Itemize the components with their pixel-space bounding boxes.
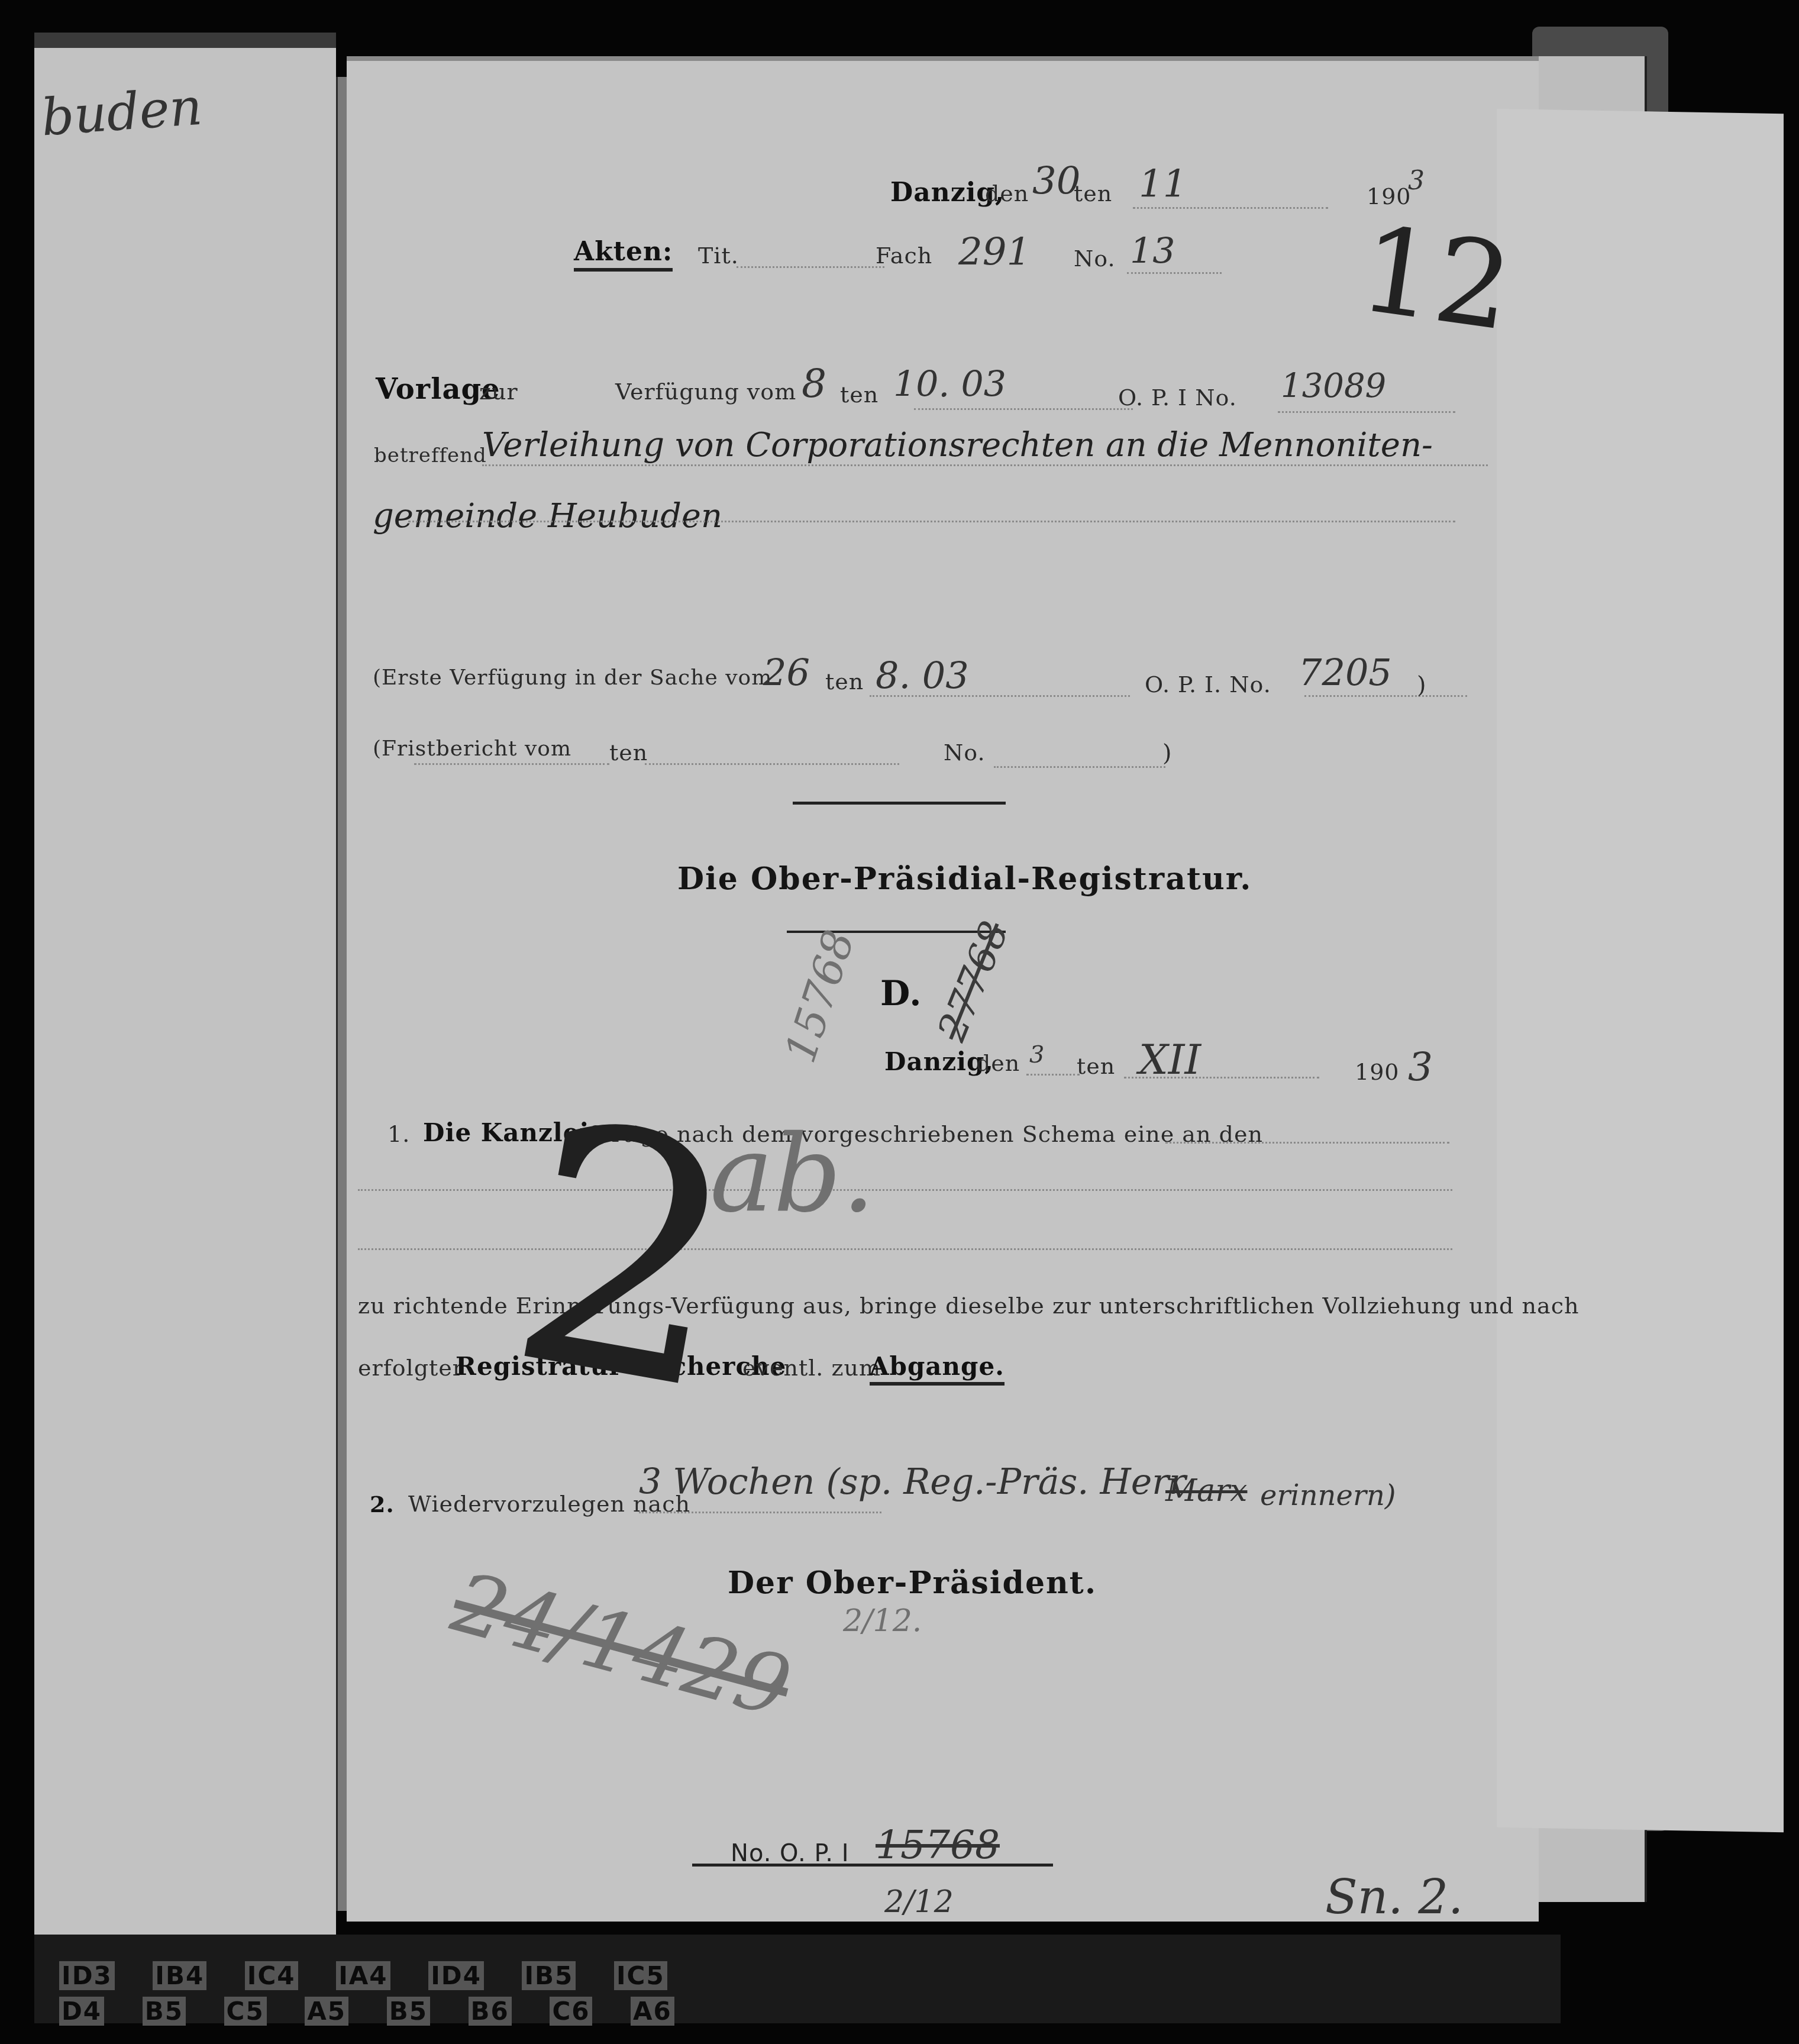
header-ten-label: ten — [1074, 180, 1112, 206]
subject-line-1: Verleihung von Corporationsrechten an di… — [482, 426, 1433, 464]
erste-verfuegung-opi-label: O. P. I. No. — [1145, 671, 1271, 698]
fristbericht-date-dots — [414, 763, 609, 765]
erste-verfuegung-ten: ten — [825, 669, 864, 695]
film-code: IB5 — [522, 1961, 576, 1990]
film-code: IA4 — [336, 1961, 390, 1990]
fristbericht-close: ) — [1162, 740, 1173, 767]
film-code: A5 — [305, 1997, 348, 2026]
fristbericht-no-label: No. — [944, 740, 986, 766]
header-den-label: den — [985, 180, 1029, 206]
film-codes-row-2: D4 B5 C5 A5 B5 B6 C6 A6 — [59, 1994, 703, 2029]
vorlage-day: 8 — [802, 361, 826, 406]
erste-verfuegung-close: ) — [1417, 671, 1427, 699]
instruction-line-3-end: Abgange. — [870, 1352, 1005, 1386]
vorlage-opi-dots — [1278, 411, 1455, 413]
overlapping-slip — [1497, 109, 1784, 1832]
item2-tail: erinnern) — [1260, 1479, 1396, 1512]
akten-fach-label: Fach — [876, 243, 932, 269]
akten-no-value: 13 — [1130, 231, 1175, 272]
film-code: A6 — [631, 1997, 674, 2026]
film-code: IB4 — [153, 1961, 206, 1990]
registratur-day: 3 — [1029, 1041, 1044, 1068]
erste-verfuegung-label: (Erste Verfügung in der Sache vom — [373, 666, 772, 690]
erste-verfuegung-opi-value: 7205 — [1299, 651, 1392, 694]
erste-verfuegung-month-year: 8. 03 — [876, 654, 969, 697]
registratur-year-suffix: 3 — [1408, 1044, 1433, 1090]
registratur-ten: ten — [1077, 1053, 1115, 1079]
film-code: D4 — [59, 1997, 104, 2026]
signature-title: Der Ober-Präsident. — [728, 1565, 1097, 1601]
header-year-suffix: 3 — [1408, 166, 1425, 196]
akten-label: Akten: — [574, 237, 673, 272]
registratur-month-dots — [1124, 1077, 1319, 1078]
instruction-line-3-mid: eventl. zum — [742, 1355, 881, 1381]
vorlage-ten-label: ten — [840, 382, 878, 408]
header-month-dots — [1133, 207, 1328, 209]
instruction-line-3-prefix: erfolgter — [358, 1355, 464, 1381]
betreffend-label: betreffend — [374, 444, 487, 467]
akten-no-dots — [1127, 272, 1222, 274]
footer-date-below: 2/12 — [884, 1884, 954, 1920]
subject-line-2: gemeinde Heubuden — [373, 497, 722, 535]
left-margin-note: buden — [40, 78, 204, 148]
blank-line-dots-1 — [358, 1189, 1452, 1191]
vorlage-opi-value: 13089 — [1281, 367, 1386, 405]
registratur-day-dots — [1026, 1074, 1080, 1076]
akten-tit-label: Tit. — [698, 243, 739, 269]
film-code: ID3 — [59, 1961, 115, 1990]
erste-verfuegung-dots — [870, 695, 1130, 697]
item2-number: 2. — [370, 1491, 395, 1517]
film-code: B6 — [469, 1997, 512, 2026]
film-codes-row-1: ID3 IB4 IC4 IA4 ID4 IB5 IC5 — [59, 1958, 703, 1994]
subject-dots-1 — [482, 464, 1488, 466]
item1-number: 1. — [387, 1121, 410, 1147]
vorlage-opi-label: O. P. I No. — [1118, 385, 1237, 411]
folio-number: 12 — [1352, 200, 1520, 357]
film-code: C5 — [224, 1997, 267, 2026]
vorlage-verfuegung-label: Verfügung vom — [615, 379, 796, 405]
akten-tit-dots — [737, 266, 884, 268]
akten-no-label: No. — [1074, 246, 1116, 272]
left-facing-page — [34, 33, 336, 1965]
item1-dots — [1165, 1142, 1449, 1144]
vorlage-date-dots — [914, 408, 1133, 410]
footer-right-note: Sn. 2. — [1325, 1869, 1464, 1924]
registratur-d-label: D. — [880, 973, 922, 1013]
section-divider — [793, 802, 1006, 805]
signature-initials: 2/12. — [843, 1603, 922, 1639]
vorlage-zur: zur — [479, 379, 518, 405]
paraph-mark: ab. — [710, 1112, 876, 1236]
erste-verfuegung-day: 26 — [763, 651, 810, 694]
film-code: ID4 — [428, 1961, 484, 1990]
item2-handwritten: 3 Wochen (sp. Reg.-Präs. Herr — [639, 1461, 1186, 1503]
film-code: IC5 — [614, 1961, 667, 1990]
fristbericht-label: (Fristbericht vom — [373, 737, 571, 761]
fristbericht-ten: ten — [609, 740, 648, 766]
film-code: B5 — [143, 1997, 186, 2026]
registratur-title: Die Ober-Präsidial-Registratur. — [677, 861, 1252, 897]
subject-dots-2 — [408, 521, 1455, 522]
footer-opi-value: 15768 — [876, 1822, 1000, 1868]
vorlage-month-year: 10. 03 — [893, 364, 1006, 405]
item2-dots — [639, 1512, 881, 1513]
header-month: 11 — [1139, 163, 1187, 206]
film-code: C6 — [550, 1997, 592, 2026]
erste-verfuegung-opi-dots — [1304, 695, 1467, 697]
item2-struck: Marx — [1165, 1473, 1247, 1509]
akten-fach-value: 291 — [958, 231, 1031, 275]
registratur-den: den — [976, 1050, 1020, 1076]
film-code: B5 — [387, 1997, 430, 2026]
registratur-year-prefix: 190 — [1355, 1059, 1400, 1085]
film-codes: ID3 IB4 IC4 IA4 ID4 IB5 IC5 D4 B5 C5 A5 … — [59, 1958, 703, 2029]
footer-rule — [692, 1864, 1053, 1867]
fristbericht-ten-dots — [645, 763, 899, 765]
film-code: IC4 — [245, 1961, 298, 1990]
fristbericht-no-dots — [994, 766, 1165, 768]
